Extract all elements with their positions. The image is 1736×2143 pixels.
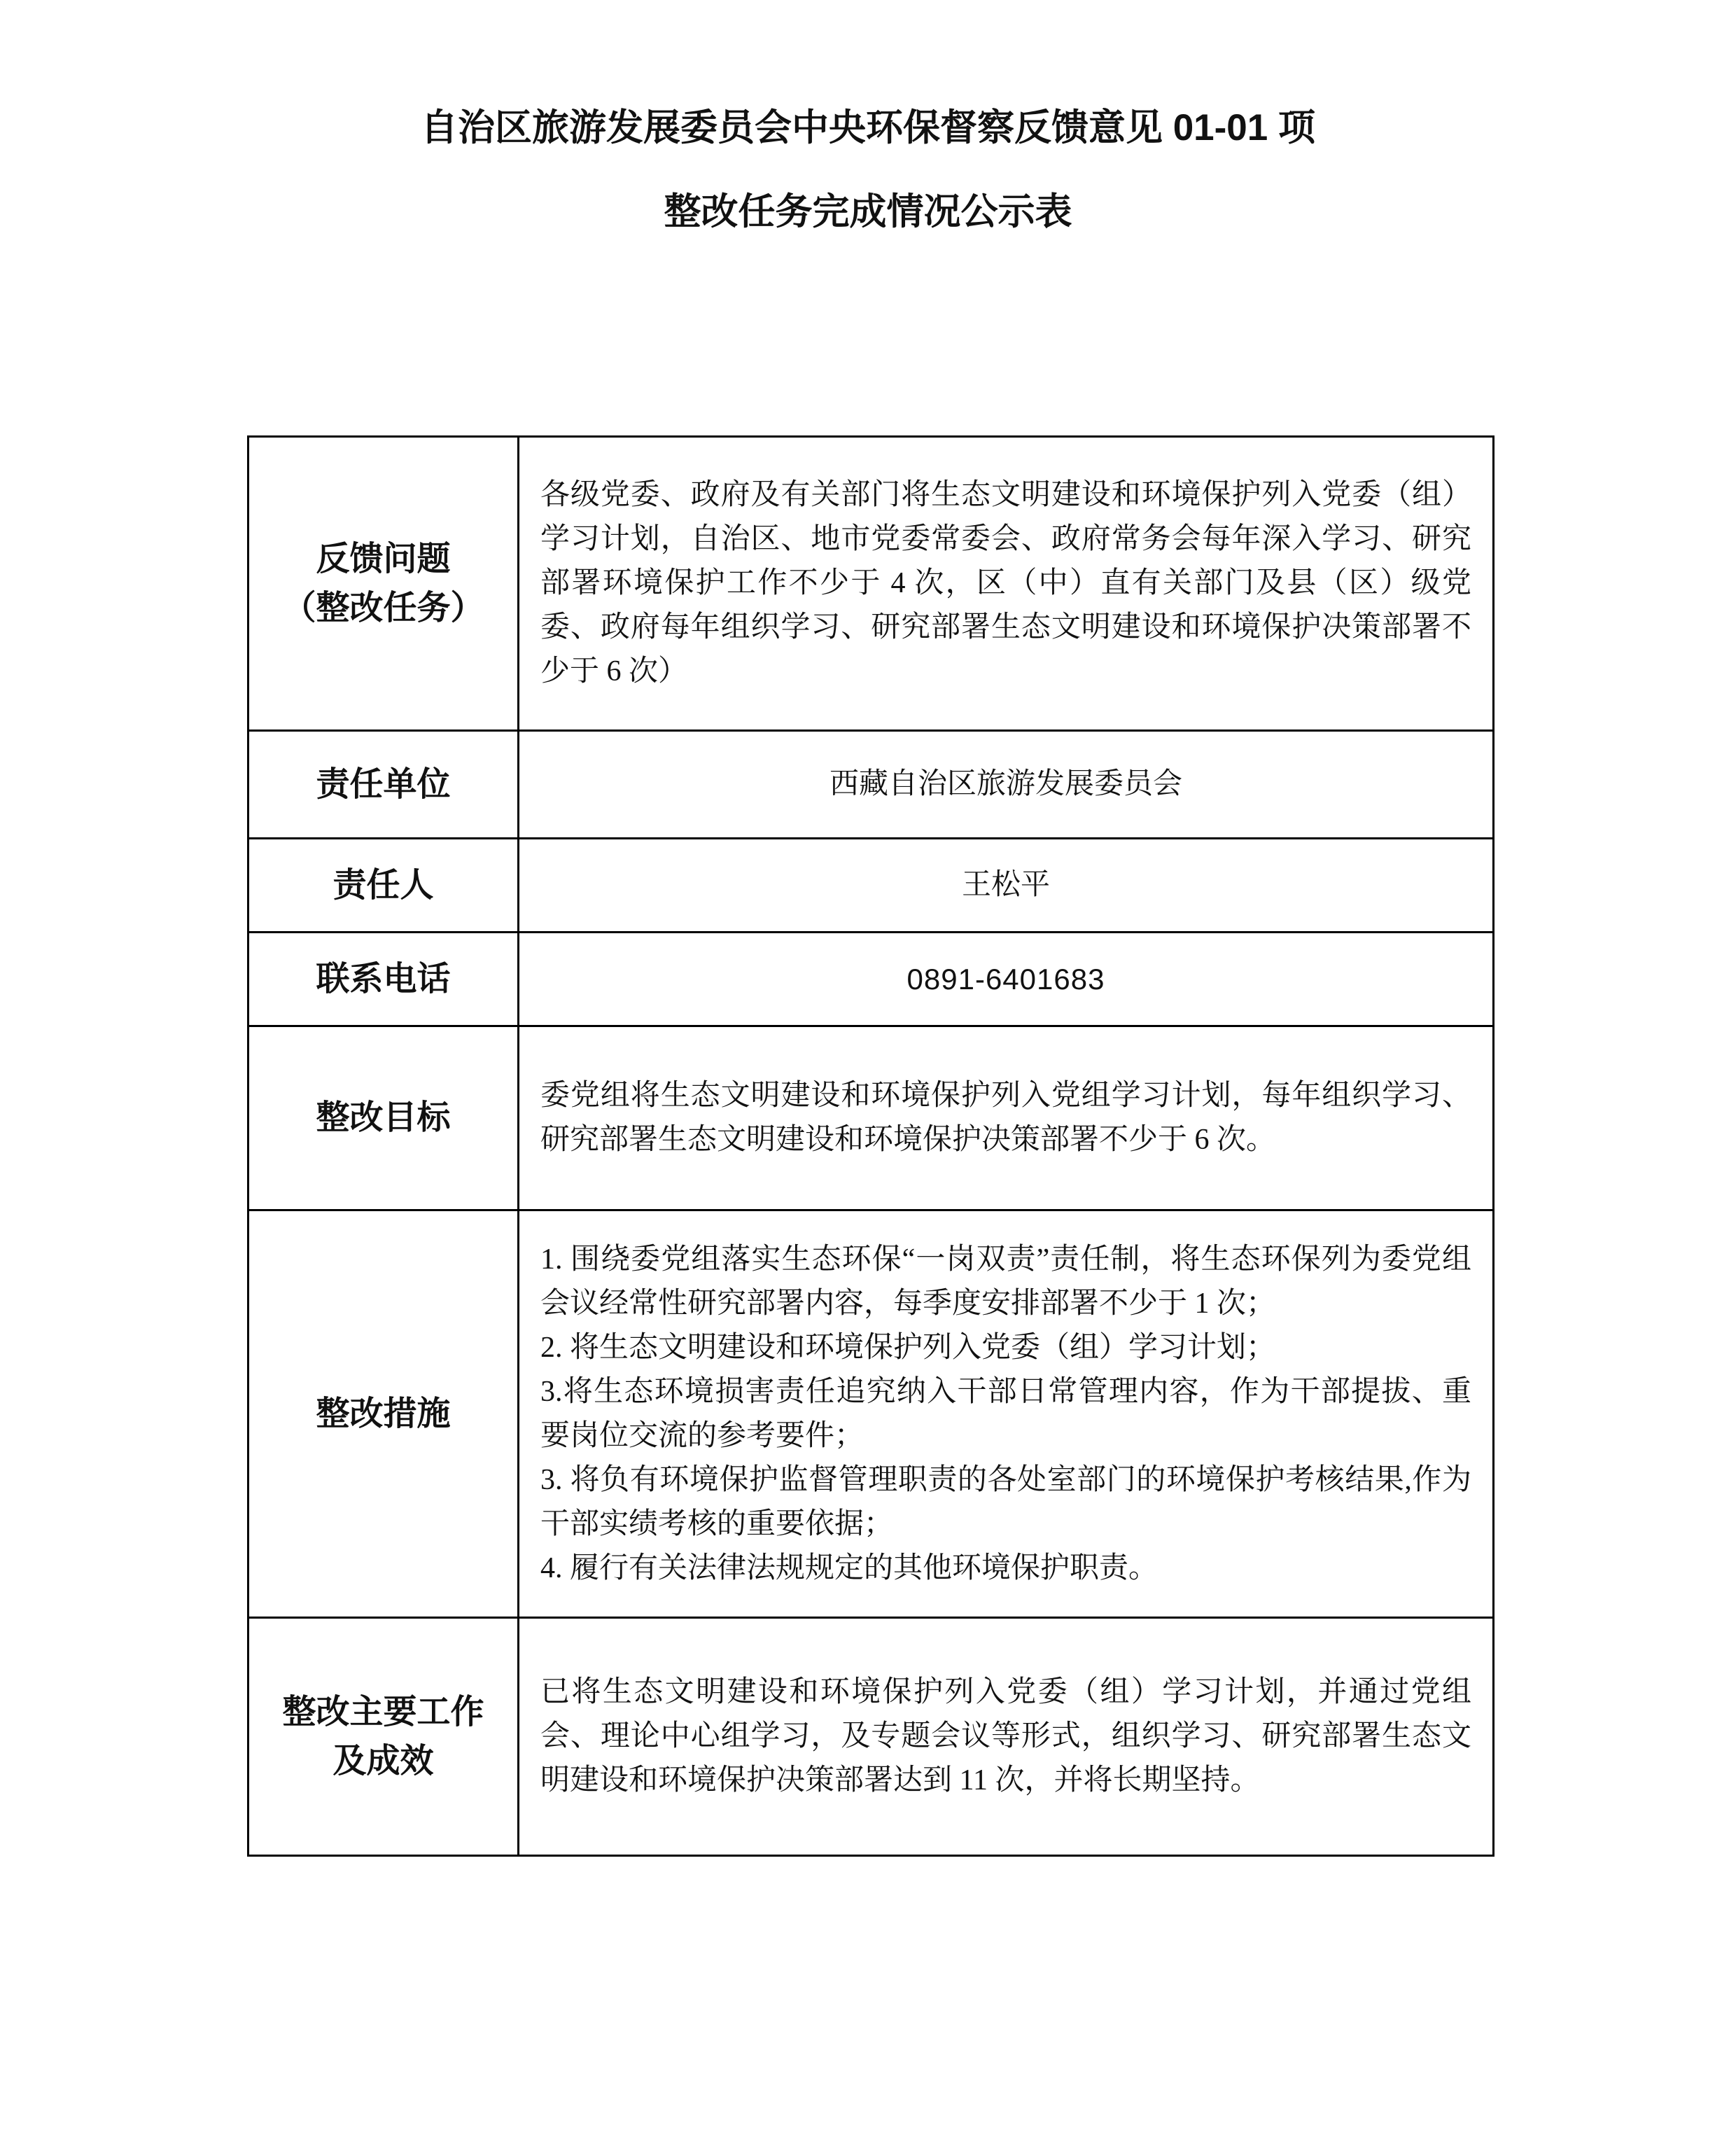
label-responsible-person: 责任人 <box>248 839 519 933</box>
page-title: 自治区旅游发展委员会中央环保督察反馈意见 01-01 项 <box>0 0 1736 151</box>
value-main-work-results: 已将生态文明建设和环境保护列入党委（组）学习计划，并通过党组会、理论中心组学习，… <box>519 1618 1494 1856</box>
document-page: 自治区旅游发展委员会中央环保督察反馈意见 01-01 项 整改任务完成情况公示表… <box>0 0 1736 2143</box>
table-row-contact-phone: 联系电话 0891-6401683 <box>248 933 1494 1026</box>
table-row-responsible-person: 责任人 王松平 <box>248 839 1494 933</box>
table-row-feedback-problem: 反馈问题 （整改任务） 各级党委、政府及有关部门将生态文明建设和环境保护列入党委… <box>248 437 1494 731</box>
measure-item-3: 3.将生态环境损害责任追究纳入干部日常管理内容，作为干部提拔、重要岗位交流的参考… <box>540 1370 1471 1458</box>
measure-item-5: 4. 履行有关法律法规规定的其他环境保护职责。 <box>540 1547 1471 1591</box>
measure-item-4: 3. 将负有环境保护监督管理职责的各处室部门的环境保护考核结果,作为干部实绩考核… <box>540 1458 1471 1547</box>
measure-item-1: 1. 围绕委党组落实生态环保“一岗双责”责任制，将生态环保列为委党组会议经常性研… <box>540 1238 1471 1326</box>
page-subtitle: 整改任务完成情况公示表 <box>0 189 1736 235</box>
rectification-table: 反馈问题 （整改任务） 各级党委、政府及有关部门将生态文明建设和环境保护列入党委… <box>247 435 1494 1857</box>
value-contact-phone: 0891-6401683 <box>519 933 1494 1026</box>
value-rectification-measures: 1. 围绕委党组落实生态环保“一岗双责”责任制，将生态环保列为委党组会议经常性研… <box>519 1210 1494 1618</box>
table-row-main-work-results: 整改主要工作 及成效 已将生态文明建设和环境保护列入党委（组）学习计划，并通过党… <box>248 1618 1494 1856</box>
value-rectification-goal: 委党组将生态文明建设和环境保护列入党组学习计划，每年组织学习、研究部署生态文明建… <box>519 1026 1494 1210</box>
value-responsible-person: 王松平 <box>519 839 1494 933</box>
label-feedback-problem: 反馈问题 （整改任务） <box>248 437 519 731</box>
table-row-rectification-measures: 整改措施 1. 围绕委党组落实生态环保“一岗双责”责任制，将生态环保列为委党组会… <box>248 1210 1494 1618</box>
label-responsible-unit: 责任单位 <box>248 731 519 839</box>
label-rectification-measures: 整改措施 <box>248 1210 519 1618</box>
table-row-rectification-goal: 整改目标 委党组将生态文明建设和环境保护列入党组学习计划，每年组织学习、研究部署… <box>248 1026 1494 1210</box>
table-row-responsible-unit: 责任单位 西藏自治区旅游发展委员会 <box>248 731 1494 839</box>
value-responsible-unit: 西藏自治区旅游发展委员会 <box>519 731 1494 839</box>
label-contact-phone: 联系电话 <box>248 933 519 1026</box>
measure-item-2: 2. 将生态文明建设和环境保护列入党委（组）学习计划； <box>540 1326 1471 1370</box>
label-rectification-goal: 整改目标 <box>248 1026 519 1210</box>
label-main-work-results: 整改主要工作 及成效 <box>248 1618 519 1856</box>
value-feedback-problem: 各级党委、政府及有关部门将生态文明建设和环境保护列入党委（组）学习计划，自治区、… <box>519 437 1494 731</box>
